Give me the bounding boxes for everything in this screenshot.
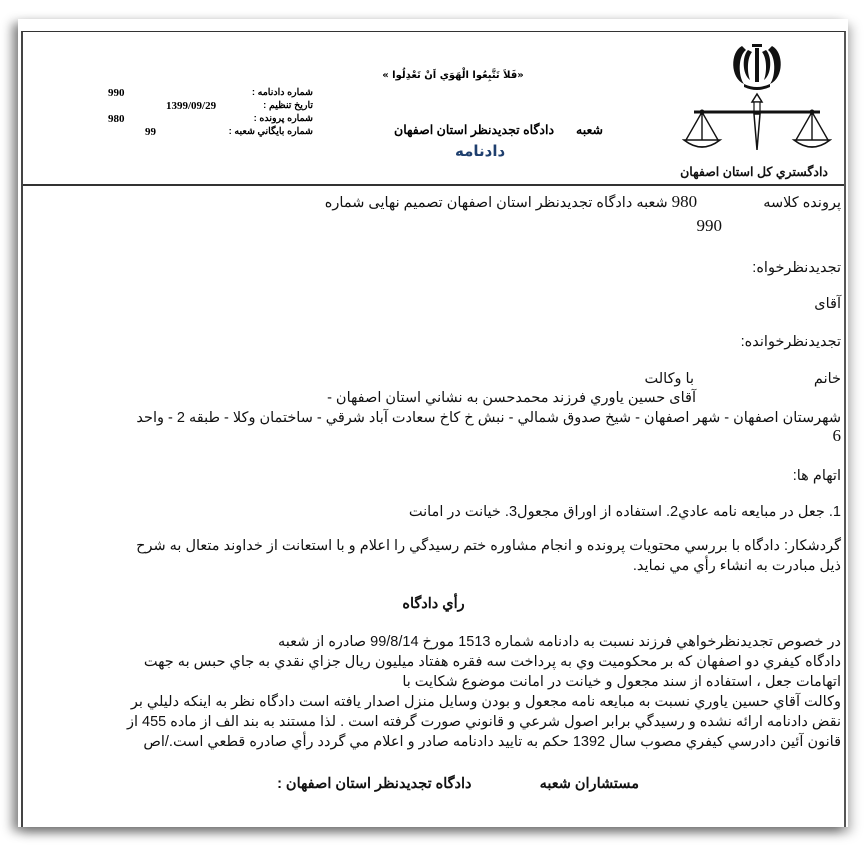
case-line: پرونده كلاسه 980 شعبه دادگاه تجديدنظر اس… <box>325 192 841 212</box>
organization-name: دادگستري كل استان اصفهان <box>680 164 828 179</box>
branch-label: شعبه <box>576 123 603 137</box>
judiciary-emblem-icon <box>682 42 832 152</box>
document-frame: دادگستري كل استان اصفهان «فَلاَ تَتَّبِع… <box>21 31 846 827</box>
address-unit: 6 <box>833 426 842 446</box>
branch-number: 980 <box>672 192 698 211</box>
document-header: دادگستري كل استان اصفهان «فَلاَ تَتَّبِع… <box>23 32 844 186</box>
attorney: آقاى حسين ياوري فرزند محمدحسن به نشاني ا… <box>327 390 696 406</box>
document-body: پرونده كلاسه 980 شعبه دادگاه تجديدنظر اس… <box>23 186 844 827</box>
meta-archive-number: شماره بايگاني شعبه : 99 <box>103 126 313 139</box>
document-title: دادنامه <box>455 142 505 160</box>
verdict-title: رأي دادگاه <box>23 596 844 612</box>
charges-label: اتهام ها: <box>793 468 841 484</box>
appellant-name: آقاى <box>814 296 841 312</box>
respondent-name: خانم <box>814 371 841 387</box>
respondent-label: تجديدنظرخوانده: <box>741 334 841 350</box>
charges: 1. جعل در مبايعه نامه عادي2. استفاده از … <box>409 504 841 520</box>
quran-verse: «فَلاَ تَتَّبِعُوا الْهَوَي اَنْ تَعْدِل… <box>378 70 528 81</box>
decision-number: 990 <box>697 216 723 236</box>
verdict-line-3: اتهامات جعل ، استفاده از سند مجعول و خيا… <box>402 674 841 690</box>
document-page: دادگستري كل استان اصفهان «فَلاَ تَتَّبِع… <box>18 19 848 827</box>
report-line-1: گردشكار: دادگاه با بررسي محتويات پرونده … <box>136 538 841 554</box>
document-meta: شماره دادنامه : 990 تاريخ تنظيم : 1399/0… <box>103 87 313 139</box>
verdict-line-6: قانون آئين دادرسي كيفري مصوب سال 1392 حك… <box>143 734 841 750</box>
court-branch-line: شعبهدادگاه تجديدنظر استان اصفهان <box>363 122 603 137</box>
verdict-line-4: وكالت آقاي حسين ياوري نسبت به مبايعه نام… <box>131 694 841 710</box>
verdict-line-5: نقض دادنامه ارائه نشده و رسيدگي برابر اص… <box>127 714 841 730</box>
with-attorney: با وكالت <box>645 371 694 387</box>
meta-date: تاريخ تنظيم : 1399/09/29 <box>103 100 313 113</box>
report-line-2: ذيل مبادرت به انشاء رأي مي نمايد. <box>633 558 841 574</box>
meta-verdict-number: شماره دادنامه : 990 <box>103 87 313 100</box>
appellant-label: تجديدنظرخواه: <box>752 260 841 276</box>
court-name: دادگاه تجديدنظر استان اصفهان <box>394 123 554 137</box>
address: شهرستان اصفهان - شهر اصفهان - شيخ صدوق ش… <box>136 410 841 426</box>
meta-case-number: شماره پرونده : 980 <box>103 113 313 126</box>
verdict-line-1: در خصوص تجديدنظرخواهي فرزند نسبت به دادن… <box>278 634 841 650</box>
signature-line: مستشاران شعبه دادگاه تجديدنظر استان اصفه… <box>277 776 639 792</box>
verdict-line-2: دادگاه كيفري دو اصفهان كه بر محكوميت وي … <box>144 654 841 670</box>
